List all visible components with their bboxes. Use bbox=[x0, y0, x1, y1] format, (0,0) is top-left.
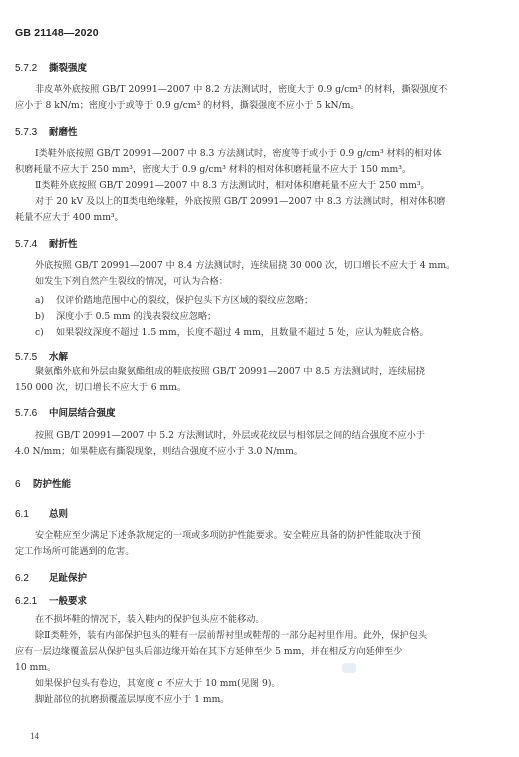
paragraph-line: 应小于 8 kN/m；密度小于或等于 0.9 g/cm³ 的材料，撕裂强度不应小… bbox=[15, 98, 477, 114]
section-heading-5-7-4: 5.7.4耐折性 bbox=[15, 236, 78, 250]
document-page: GB 21148—2020 5.7.2撕裂强度 非皮革外底按照 GB/T 209… bbox=[0, 0, 519, 757]
section-heading-5-7-3: 5.7.3耐磨性 bbox=[15, 124, 78, 138]
paragraph-line: 如果保护包头有卷边，其宽度 c 不应大于 10 mm(见图 9)。 bbox=[15, 676, 497, 692]
paragraph-line: Ⅱ类鞋外底按照 GB/T 20991—2007 中 8.3 方法测试时，相对体积… bbox=[15, 178, 497, 194]
paragraph-line: 积磨耗量不应大于 250 mm³，密度大于 0.9 g/cm³ 材料的相对体积磨… bbox=[15, 162, 477, 178]
paragraph-line: 安全鞋应至少满足下述条款规定的一项或多项防护性能要求。安全鞋应具备的防护性能取决… bbox=[15, 528, 497, 544]
paragraph-line: 聚氨酯外底和外层由聚氨酯组成的鞋底按照 GB/T 20991—2007 中 8.… bbox=[15, 364, 497, 380]
standard-header: GB 21148—2020 bbox=[15, 27, 99, 39]
section-heading-6-2-1: 6.2.1一般要求 bbox=[15, 593, 87, 607]
paragraph-line: 150 000 次，切口增长不应大于 6 mm。 bbox=[15, 380, 477, 396]
section-heading-5-7-6: 5.7.6中间层结合强度 bbox=[15, 405, 116, 419]
list-item: c)如果裂纹深度不超过 1.5 mm，长度不超过 4 mm，且数量不超过 5 处… bbox=[35, 324, 429, 338]
list-item: a)仅评价踏地范围中心的裂纹，保护包头下方区域的裂纹应忽略； bbox=[35, 292, 313, 306]
paragraph-line: 外底按照 GB/T 20991—2007 中 8.4 方法测试时，连续屈挠 30… bbox=[15, 258, 497, 274]
page-number: 14 bbox=[30, 731, 39, 741]
paragraph-line: 耗量不应大于 400 mm³。 bbox=[15, 210, 477, 226]
paragraph-line: 如发生下列自然产生裂纹的情况，可认为合格： bbox=[15, 274, 497, 290]
paragraph-line: 按照 GB/T 20991—2007 中 5.2 方法测试时，外层或花纹层与相邻… bbox=[15, 428, 497, 444]
section-heading-6-1: 6.1总则 bbox=[15, 506, 68, 520]
section-heading-5-7-5: 5.7.5水解 bbox=[15, 349, 68, 363]
paragraph-line: 10 mm。 bbox=[15, 660, 477, 676]
section-heading-6: 6防护性能 bbox=[15, 476, 71, 490]
paragraph-line: 4.0 N/mm；如果鞋底有撕裂现象，则结合强度不应小于 3.0 N/mm。 bbox=[15, 444, 477, 460]
section-heading-5-7-2: 5.7.2撕裂强度 bbox=[15, 60, 87, 74]
section-heading-6-2: 6.2足趾保护 bbox=[15, 570, 87, 584]
paragraph-line: 非皮革外底按照 GB/T 20991—2007 中 8.2 方法测试时，密度大于… bbox=[15, 82, 497, 98]
paragraph-line: 除Ⅱ类鞋外，装有内部保护包头的鞋有一层前帮衬里或鞋帮的一部分起衬里作用。此外，保… bbox=[15, 628, 497, 644]
paragraph-line: 在不损坏鞋的情况下，装入鞋内的保护包头应不能移动。 bbox=[15, 612, 497, 628]
paragraph-line: 脚趾部位的抗磨损覆盖层厚度不应小于 1 mm。 bbox=[15, 692, 497, 708]
paragraph-line: 对于 20 kV 及以上的Ⅱ类电绝缘鞋，外底按照 GB/T 20991—2007… bbox=[15, 194, 497, 210]
list-item: b)深度小于 0.5 mm 的浅表裂纹应忽略； bbox=[35, 308, 216, 322]
paragraph-line: 定工作场所可能遇到的危害。 bbox=[15, 544, 477, 560]
paragraph-line: Ⅰ类鞋外底按照 GB/T 20991—2007 中 8.3 方法测试时，密度等于… bbox=[15, 146, 497, 162]
paragraph-line: 应有一层边缘覆盖层从保护包头后部边缘开始在其下方延伸至少 5 mm，并在相反方向… bbox=[15, 644, 477, 660]
